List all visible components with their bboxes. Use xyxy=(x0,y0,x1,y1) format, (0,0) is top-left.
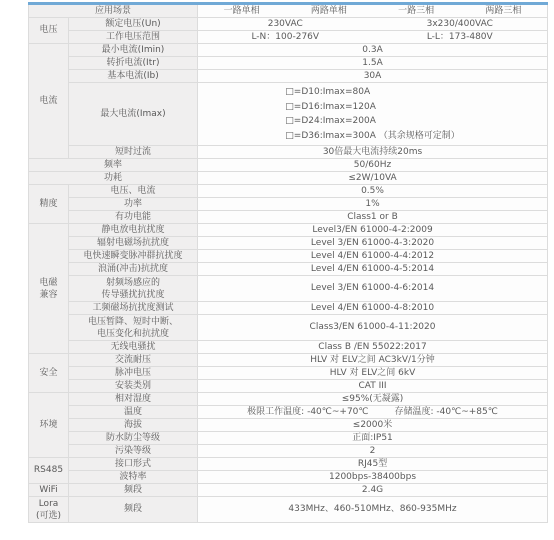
value-cell: L-N：100-276V L-L：173-480V xyxy=(198,31,548,44)
value-cell: Level 4/EN 61000-4-4:2012 xyxy=(198,250,548,263)
param-label: 工作电压范围 xyxy=(69,31,198,44)
value-cell: HLV 对 ELV之间 6kV xyxy=(198,367,548,380)
param-label: 电压暂降、短时中断、 电压变化和抗扰度 xyxy=(69,315,198,341)
param-label: 海拔 xyxy=(69,419,198,432)
category-rs485: RS485 xyxy=(29,458,69,484)
value-cell: 极限工作温度: -40℃~+70℃ 存储温度: -40℃~+85℃ xyxy=(198,406,548,419)
row-power-consumption: 功耗 ≤2W/10VA xyxy=(29,172,548,185)
category-lora-line2: (可选) xyxy=(31,510,66,522)
conducted-param-line2: 传导骚扰抗扰度 xyxy=(71,289,195,301)
category-current: 电流 xyxy=(29,44,69,159)
rated-voltage-three: 3x230/400VAC xyxy=(373,19,548,30)
row-safety-ac: 安全 交流耐压 HLV 对 ELV之间 AC3kV/1分钟 xyxy=(29,354,548,367)
param-label: 辐射电磁场抗扰度 xyxy=(69,237,198,250)
working-temperature: 极限工作温度: -40℃~+70℃ xyxy=(247,407,368,418)
row-emc-radiated: 辐射电磁场抗扰度 Level 3/EN 61000-4-3:2020 xyxy=(29,237,548,250)
value-cell: 0.3A xyxy=(198,44,548,57)
value-cell: Level 3/EN 61000-4-6:2014 xyxy=(198,276,548,302)
category-accuracy: 精度 xyxy=(29,185,69,224)
spec-table: 应用场景 一路单相 两路单相 一路三相 两路三相 电压 额定电压(Un) 230… xyxy=(28,2,548,523)
rated-voltage-single: 230VAC xyxy=(198,19,373,30)
value-cell: Level3/EN 61000-4-2:2009 xyxy=(198,224,548,237)
row-lora-band: Lora (可选) 频段 433MHz、460-510MHz、860-935MH… xyxy=(29,497,548,523)
param-label: 有功电能 xyxy=(69,211,198,224)
row-ib: 基本电流(Ib) 30A xyxy=(29,70,548,83)
dips-param-line2: 电压变化和抗扰度 xyxy=(71,328,195,340)
param-label: 污染等级 xyxy=(69,445,198,458)
param-label: 相对湿度 xyxy=(69,393,198,406)
category-emc-line1: 电磁 xyxy=(31,277,66,289)
value-cell: Class1 or B xyxy=(198,211,548,224)
value-cell: Level 3/EN 61000-4-3:2020 xyxy=(198,237,548,250)
row-safety-impulse: 脉冲电压 HLV 对 ELV之间 6kV xyxy=(29,367,548,380)
voltage-range-three: L-L：173-480V xyxy=(373,32,548,43)
row-imin: 电流 最小电流(Imin) 0.3A xyxy=(29,44,548,57)
col-header-three-phase-2: 两路三相 xyxy=(460,6,547,17)
value-cell: Level 4/EN 61000-4-5:2014 xyxy=(198,263,548,276)
param-label: 防水防尘等级 xyxy=(69,432,198,445)
row-env-altitude: 海拔 ≤2000米 xyxy=(29,419,548,432)
storage-temperature: 存储温度: -40℃~+85℃ xyxy=(395,407,498,418)
param-label: 频率 xyxy=(29,159,198,172)
row-safety-category: 安装类别 CAT III xyxy=(29,380,548,393)
param-label: 频段 xyxy=(69,484,198,497)
row-emc-dips: 电压暂降、短时中断、 电压变化和抗扰度 Class3/EN 61000-4-11… xyxy=(29,315,548,341)
row-rs485-baud: 波特率 1200bps-38400bps xyxy=(29,471,548,484)
value-cell: 230VAC 3x230/400VAC xyxy=(198,18,548,31)
row-emc-radio: 无线电骚扰 Class B /EN 55022:2017 xyxy=(29,341,548,354)
param-label: 工频磁场抗扰度测试 xyxy=(69,302,198,315)
row-emc-esd: 电磁 兼容 静电放电抗扰度 Level3/EN 61000-4-2:2009 xyxy=(29,224,548,237)
row-frequency: 频率 50/60Hz xyxy=(29,159,548,172)
value-cell: 433MHz、460-510MHz、860-935MHz xyxy=(198,497,548,523)
value-cell: □=D10:Imax=80A □=D16:Imax=120A □=D24:Ima… xyxy=(198,83,548,146)
col-header-three-phase-1: 一路三相 xyxy=(373,6,460,17)
param-label: 脉冲电压 xyxy=(69,367,198,380)
row-emc-pfmf: 工频磁场抗扰度测试 Level 4/EN 61000-4-8:2010 xyxy=(29,302,548,315)
param-label: 短时过流 xyxy=(69,146,198,159)
row-env-pollution: 污染等级 2 xyxy=(29,445,548,458)
row-accuracy-energy: 有功电能 Class1 or B xyxy=(29,211,548,224)
category-lora-line1: Lora xyxy=(31,498,66,510)
row-rated-voltage: 电压 额定电压(Un) 230VAC 3x230/400VAC xyxy=(29,18,548,31)
imax-options-list: □=D10:Imax=80A □=D16:Imax=120A □=D24:Ima… xyxy=(285,85,459,143)
category-emc: 电磁 兼容 xyxy=(29,224,69,354)
value-cell: ≤2000米 xyxy=(198,419,548,432)
param-label: 基本电流(Ib) xyxy=(69,70,198,83)
row-overload: 短时过流 30倍最大电流持续20ms xyxy=(29,146,548,159)
category-lora: Lora (可选) xyxy=(29,497,69,523)
param-label: 交流耐压 xyxy=(69,354,198,367)
param-label: 额定电压(Un) xyxy=(69,18,198,31)
scene-header-label: 应用场景 xyxy=(29,4,198,18)
param-label: 安装类别 xyxy=(69,380,198,393)
param-label: 电压、电流 xyxy=(69,185,198,198)
param-label: 频段 xyxy=(69,497,198,523)
value-cell: 0.5% xyxy=(198,185,548,198)
param-label: 静电放电抗扰度 xyxy=(69,224,198,237)
category-emc-line2: 兼容 xyxy=(31,289,66,301)
row-env-humidity: 环境 相对湿度 ≤95%(无凝露) xyxy=(29,393,548,406)
row-env-temperature: 温度 极限工作温度: -40℃~+70℃ 存储温度: -40℃~+85℃ xyxy=(29,406,548,419)
value-cell: Class3/EN 61000-4-11:2020 xyxy=(198,315,548,341)
category-wifi: WiFi xyxy=(29,484,69,497)
row-env-ip: 防水防尘等级 正面:IP51 xyxy=(29,432,548,445)
imax-option-d16: □=D16:Imax=120A xyxy=(285,100,459,115)
row-itr: 转折电流(Itr) 1.5A xyxy=(29,57,548,70)
param-label: 接口形式 xyxy=(69,458,198,471)
imax-option-d10: □=D10:Imax=80A xyxy=(285,85,459,100)
param-label: 波特率 xyxy=(69,471,198,484)
value-cell: 正面:IP51 xyxy=(198,432,548,445)
value-cell: 30倍最大电流持续20ms xyxy=(198,146,548,159)
param-label: 射频场感应的 传导骚扰抗扰度 xyxy=(69,276,198,302)
param-label: 最小电流(Imin) xyxy=(69,44,198,57)
conducted-param-line1: 射频场感应的 xyxy=(71,277,195,289)
param-label: 无线电骚扰 xyxy=(69,341,198,354)
imax-option-d36: □=D36:Imax=300A （其余规格可定制） xyxy=(285,129,459,144)
row-emc-conducted: 射频场感应的 传导骚扰抗扰度 Level 3/EN 61000-4-6:2014 xyxy=(29,276,548,302)
voltage-range-single: L-N：100-276V xyxy=(198,32,373,43)
row-emc-eft: 电快速瞬变脉冲群抗扰度 Level 4/EN 61000-4-4:2012 xyxy=(29,250,548,263)
value-cell: 1200bps-38400bps xyxy=(198,471,548,484)
value-cell: ≤2W/10VA xyxy=(198,172,548,185)
value-cell: Level 4/EN 61000-4-8:2010 xyxy=(198,302,548,315)
value-cell: 2 xyxy=(198,445,548,458)
param-label: 最大电流(Imax) xyxy=(69,83,198,146)
value-cell: HLV 对 ELV之间 AC3kV/1分钟 xyxy=(198,354,548,367)
col-header-single-phase-1: 一路单相 xyxy=(198,6,285,17)
value-cell: 1% xyxy=(198,198,548,211)
param-label: 浪涌(冲击)抗扰度 xyxy=(69,263,198,276)
value-cell: CAT III xyxy=(198,380,548,393)
header-row: 应用场景 一路单相 两路单相 一路三相 两路三相 xyxy=(29,4,548,18)
value-cell: 30A xyxy=(198,70,548,83)
value-cell: ≤95%(无凝露) xyxy=(198,393,548,406)
value-cell: 2.4G xyxy=(198,484,548,497)
category-safety: 安全 xyxy=(29,354,69,393)
dips-param-line1: 电压暂降、短时中断、 xyxy=(71,316,195,328)
param-label: 转折电流(Itr) xyxy=(69,57,198,70)
row-accuracy-power: 功率 1% xyxy=(29,198,548,211)
phase-header-cell: 一路单相 两路单相 一路三相 两路三相 xyxy=(198,4,548,18)
row-wifi-band: WiFi 频段 2.4G xyxy=(29,484,548,497)
param-label: 温度 xyxy=(69,406,198,419)
param-label: 功耗 xyxy=(29,172,198,185)
param-label: 电快速瞬变脉冲群抗扰度 xyxy=(69,250,198,263)
imax-option-d24: □=D24:Imax=200A xyxy=(285,114,459,129)
category-voltage: 电压 xyxy=(29,18,69,44)
value-cell: RJ45型 xyxy=(198,458,548,471)
col-header-single-phase-2: 两路单相 xyxy=(285,6,372,17)
row-voltage-range: 工作电压范围 L-N：100-276V L-L：173-480V xyxy=(29,31,548,44)
param-label: 功率 xyxy=(69,198,198,211)
row-rs485-interface: RS485 接口形式 RJ45型 xyxy=(29,458,548,471)
value-cell: 50/60Hz xyxy=(198,159,548,172)
category-environment: 环境 xyxy=(29,393,69,458)
value-cell: 1.5A xyxy=(198,57,548,70)
row-emc-surge: 浪涌(冲击)抗扰度 Level 4/EN 61000-4-5:2014 xyxy=(29,263,548,276)
value-cell: Class B /EN 55022:2017 xyxy=(198,341,548,354)
row-accuracy-vi: 精度 电压、电流 0.5% xyxy=(29,185,548,198)
row-imax: 最大电流(Imax) □=D10:Imax=80A □=D16:Imax=120… xyxy=(29,83,548,146)
